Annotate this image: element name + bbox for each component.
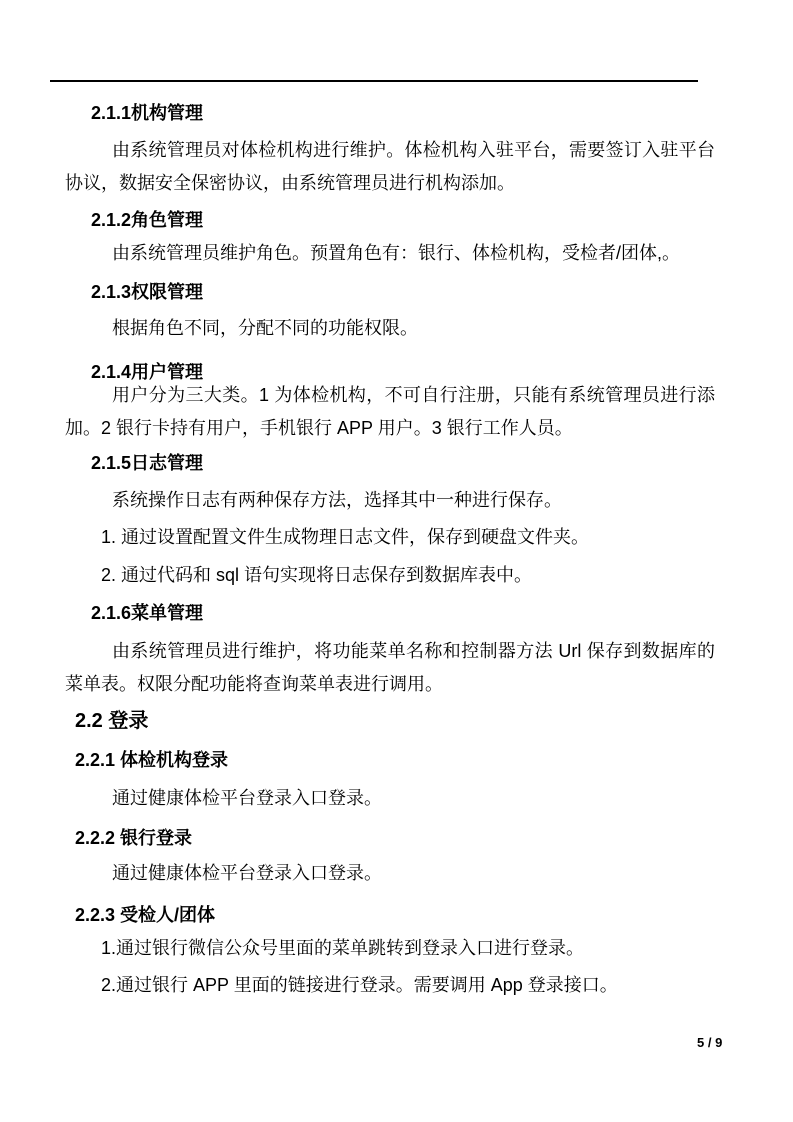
heading-2-2-3: 2.2.3 受检人/团体 [75,903,215,927]
heading-2-2-1: 2.2.1 体检机构登录 [75,748,228,772]
para-2-1-5: 系统操作日志有两种保存方法，选择其中一种进行保存。 [65,484,715,517]
para-2-2-3-item-1: 1.通过银行微信公众号里面的菜单跳转到登录入口进行登录。 [65,932,715,965]
para-2-1-2: 由系统管理员维护角色。预置角色有：银行、体检机构，受检者/团体,。 [65,237,715,270]
page-number: 5 / 9 [697,1035,722,1051]
heading-2-1-1: 2.1.1机构管理 [91,101,203,125]
heading-2-1-2: 2.1.2角色管理 [91,208,203,232]
heading-2-1-3: 2.1.3权限管理 [91,280,203,304]
heading-2-2: 2.2 登录 [75,708,148,734]
para-2-1-3: 根据角色不同，分配不同的功能权限。 [65,312,715,345]
para-2-1-1: 由系统管理员对体检机构进行维护。体检机构入驻平台，需要签订入驻平台协议，数据安全… [65,134,715,200]
heading-2-2-2: 2.2.2 银行登录 [75,826,192,850]
para-2-2-3-item-2: 2.通过银行 APP 里面的链接进行登录。需要调用 App 登录接口。 [65,969,715,1002]
header-rule [50,80,698,82]
para-2-2-1: 通过健康体检平台登录入口登录。 [65,782,715,815]
para-2-1-5-item-2: 2. 通过代码和 sql 语句实现将日志保存到数据库表中。 [65,559,715,592]
document-page: 2.1.1机构管理 由系统管理员对体检机构进行维护。体检机构入驻平台，需要签订入… [0,0,793,1122]
para-2-1-4: 用户分为三大类。1 为体检机构，不可自行注册，只能有系统管理员进行添加。2 银行… [65,379,715,445]
heading-2-1-6: 2.1.6菜单管理 [91,601,203,625]
heading-2-1-5: 2.1.5日志管理 [91,451,203,475]
para-2-1-6: 由系统管理员进行维护，将功能菜单名称和控制器方法 Url 保存到数据库的菜单表。… [65,635,715,701]
para-2-2-2: 通过健康体检平台登录入口登录。 [65,857,715,890]
para-2-1-5-item-1: 1. 通过设置配置文件生成物理日志文件，保存到硬盘文件夹。 [65,521,715,554]
